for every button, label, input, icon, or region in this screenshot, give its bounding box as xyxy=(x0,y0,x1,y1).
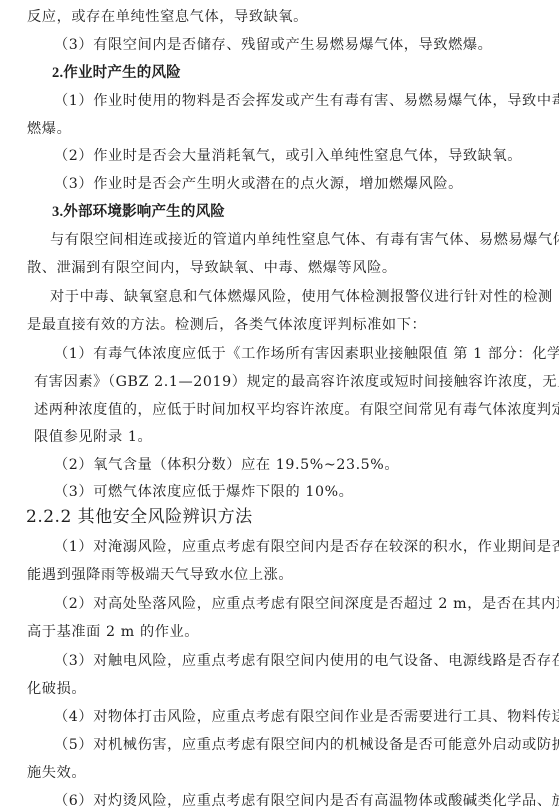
text-line: （2）作业时是否会大量消耗氧气，或引入单纯性窒息气体，导致缺氧。 xyxy=(54,147,522,165)
text-line: （3）可燃气体浓度应低于爆炸下限的 10%。 xyxy=(54,483,353,501)
text-line: （3）有限空间内是否储存、残留或产生易燃易爆气体，导致燃爆。 xyxy=(54,36,492,54)
text-line: 是最直接有效的方法。检测后，各类气体浓度评判标准如下： xyxy=(27,316,426,334)
subsection-heading: 2.作业时产生的风险 xyxy=(52,64,181,82)
text-line: 对于中毒、缺氧窒息和气体燃爆风险，使用气体检测报警仪进行针对性的检测 xyxy=(50,288,528,306)
text-line: （3）作业时是否会产生明火或潜在的点火源，增加燃爆风险。 xyxy=(54,175,463,193)
text-line: （1）对淹溺风险，应重点考虑有限空间内是否存在较深的积水，作业期间是否可 xyxy=(54,538,532,556)
text-line: 能遇到强降雨等极端天气导致水位上涨。 xyxy=(27,566,293,584)
text-line: 燃爆。 xyxy=(27,120,71,138)
text-line: 施失效。 xyxy=(27,764,86,782)
text-line: 有害因素》（GBZ 2.1—2019）规定的最高容许浓度或短时间接触容许浓度，无… xyxy=(34,373,539,391)
text-line: 述两种浓度值的，应低于时间加权平均容许浓度。有限空间常见有毒气体浓度判定 xyxy=(34,401,539,419)
text-line: 与有限空间相连或接近的管道内单纯性窒息气体、有毒有害气体、易燃易爆气体扩 xyxy=(50,231,528,249)
section-heading: 2.2.2 其他安全风险辨识方法 xyxy=(26,508,253,526)
text-line: 散、泄漏到有限空间内，导致缺氧、中毒、燃爆等风险。 xyxy=(27,259,397,277)
text-line: （1）有毒气体浓度应低于《工作场所有害因素职业接触限值 第 1 部分：化学 xyxy=(54,345,532,363)
text-line: 高于基准面 2 m 的作业。 xyxy=(27,623,199,641)
text-line: （3）对触电风险，应重点考虑有限空间内使用的电气设备、电源线路是否存在老 xyxy=(54,652,532,670)
subsection-heading: 3.外部环境影响产生的风险 xyxy=(52,203,225,221)
text-line: （2）对高处坠落风险，应重点考虑有限空间深度是否超过 2 m，是否在其内进行 xyxy=(54,595,532,613)
text-line: （5）对机械伤害，应重点考虑有限空间内的机械设备是否可能意外启动或防护措 xyxy=(54,736,532,754)
text-line: （4）对物体打击风险，应重点考虑有限空间作业是否需要进行工具、物料传送。 xyxy=(54,708,532,726)
text-line: 限值参见附录 1。 xyxy=(34,428,152,446)
text-line: （6）对灼烫风险，应重点考虑有限空间内是否有高温物体或酸碱类化学品、放射 xyxy=(54,792,532,808)
text-line: 化破损。 xyxy=(27,680,86,698)
text-line: 反应，或存在单纯性窒息气体，导致缺氧。 xyxy=(27,8,308,26)
text-line: （1）作业时使用的物料是否会挥发或产生有毒有害、易燃易爆气体，导致中毒或 xyxy=(54,92,532,110)
document-page: 反应，或存在单纯性窒息气体，导致缺氧。（3）有限空间内是否储存、残留或产生易燃易… xyxy=(0,0,559,808)
text-line: （2）氧气含量（体积分数）应在 19.5%~23.5%。 xyxy=(54,456,399,474)
